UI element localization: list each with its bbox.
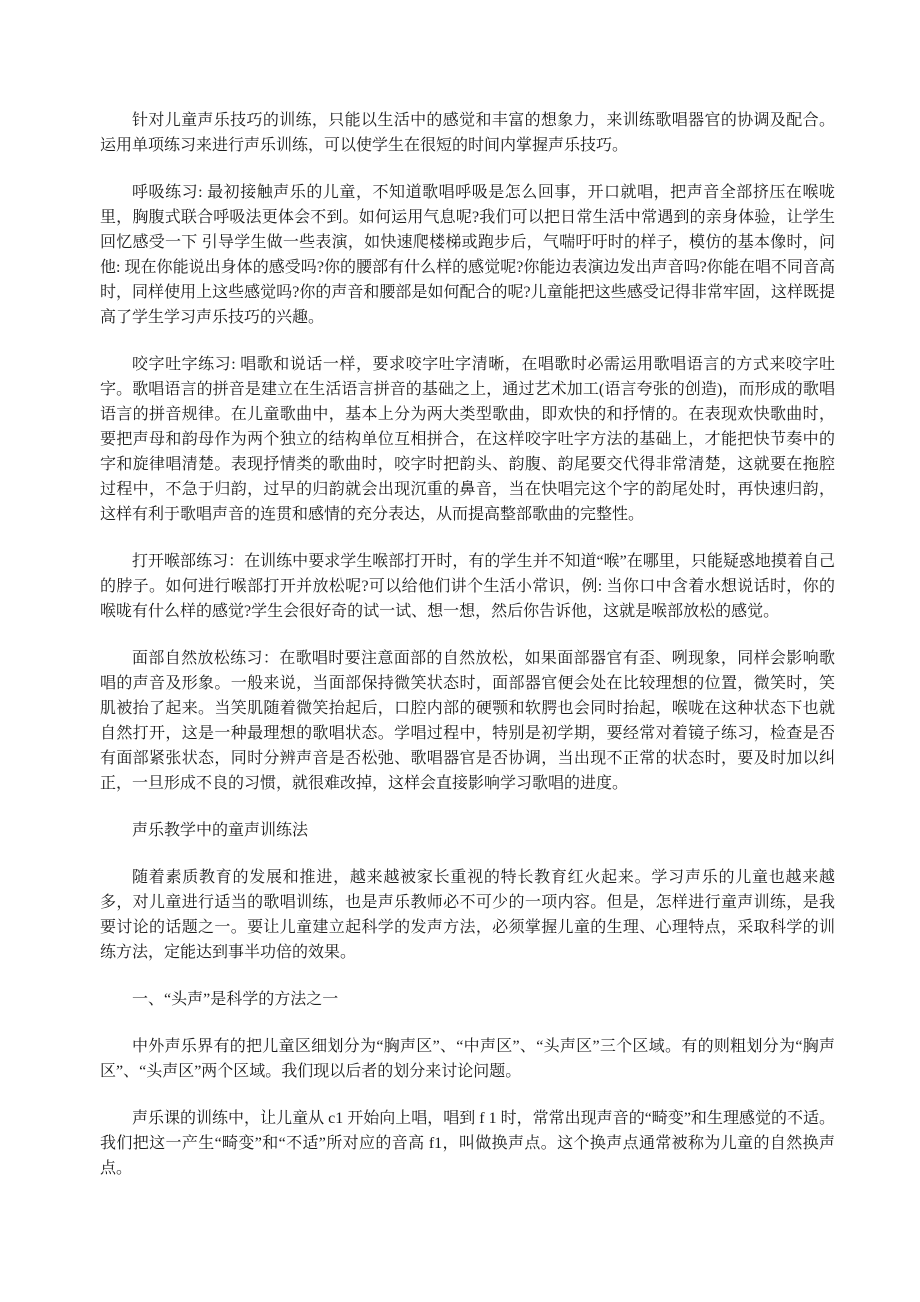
paragraph-facial-relaxation-exercise: 面部自然放松练习：在歌唱时要注意面部的自然放松，如果面部器官有歪、咧现象，同样会… [100,646,835,796]
paragraph-register-break-point: 声乐课的训练中，让儿童从 c1 开始向上唱，唱到 f 1 时，常常出现声音的“畸… [100,1106,835,1181]
paragraph-articulation-exercise: 咬字吐字练习: 唱歌和说话一样，要求咬字吐字清晰，在唱歌时必需运用歌唱语言的方式… [100,352,835,527]
paragraph-intro-vocal-skill-training: 针对儿童声乐技巧的训练，只能以生活中的感觉和丰富的想象力，来训练歌唱器官的协调及… [100,108,835,158]
section-title-child-voice-training-method: 声乐教学中的童声训练法 [100,818,835,843]
document-page: 针对儿童声乐技巧的训练，只能以生活中的感觉和丰富的想象力，来训练歌唱器官的协调及… [0,0,920,1302]
paragraph-voice-register-division: 中外声乐界有的把儿童区细划分为“胸声区”、“中声区”、“头声区”三个区域。有的则… [100,1034,835,1084]
paragraph-open-throat-exercise: 打开喉部练习：在训练中要求学生喉部打开时，有的学生并不知道“喉”在哪里，只能疑惑… [100,549,835,624]
paragraph-breathing-exercise: 呼吸练习: 最初接触声乐的儿童，不知道歌唱呼吸是怎么回事，开口就唱，把声音全部挤… [100,180,835,330]
paragraph-quality-education-trend: 随着素质教育的发展和推进，越来越被家长重视的特长教育红火起来。学习声乐的儿童也越… [100,865,835,965]
section-heading-head-voice-method: 一、“头声”是科学的方法之一 [100,987,835,1012]
